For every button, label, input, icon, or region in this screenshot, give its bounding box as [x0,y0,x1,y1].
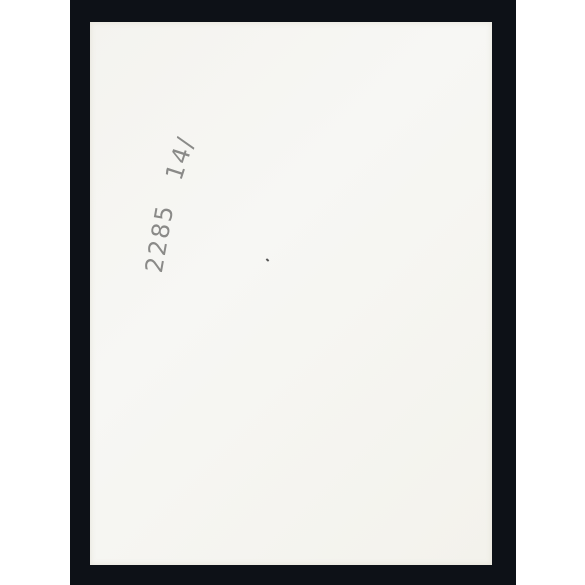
photo-back-paper [90,22,492,565]
